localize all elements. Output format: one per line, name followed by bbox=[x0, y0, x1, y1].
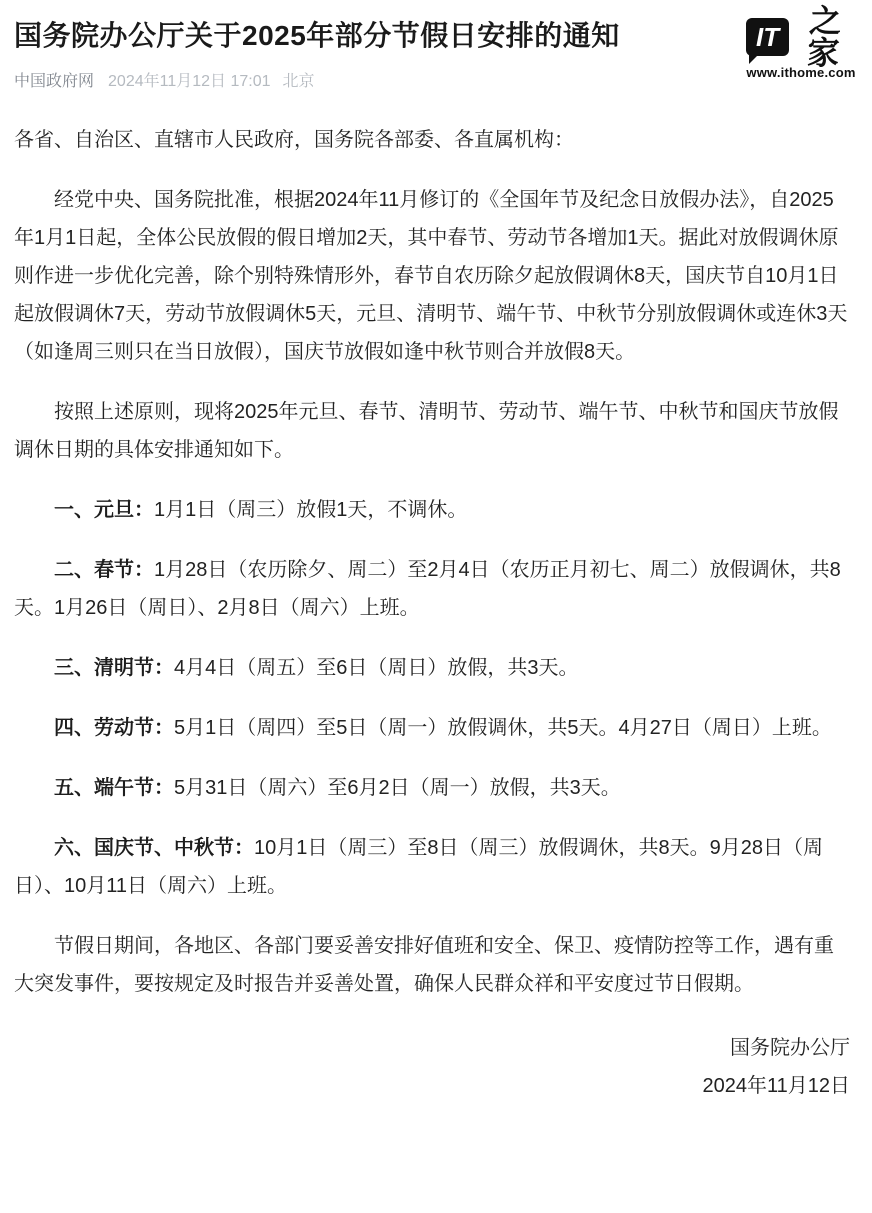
ithome-bubble-icon: IT bbox=[746, 18, 789, 56]
holiday-item-label: 六、国庆节、中秋节： bbox=[54, 837, 254, 859]
holiday-item-label: 四、劳动节： bbox=[54, 717, 174, 739]
source-name: 中国政府网 bbox=[14, 73, 94, 90]
signature-block: 国务院办公厅 2024年11月12日 bbox=[14, 1029, 850, 1105]
holiday-item-label: 五、端午节： bbox=[54, 777, 174, 799]
page-title: 国务院办公厅关于2025年部分节假日安排的通知 bbox=[14, 18, 854, 53]
article-page: 国务院办公厅关于2025年部分节假日安排的通知 中国政府网2024年11月12日… bbox=[0, 0, 872, 1213]
ithome-logo: IT 之家 www.ithome.com bbox=[746, 16, 856, 80]
holiday-item-label: 三、清明节： bbox=[54, 657, 174, 679]
holiday-item-text: 1月1日（周三）放假1天，不调休。 bbox=[154, 499, 467, 521]
signature-date: 2024年11月12日 bbox=[14, 1067, 850, 1105]
holiday-item-labor-day: 四、劳动节：5月1日（周四）至5日（周一）放假调休，共5天。4月27日（周日）上… bbox=[14, 709, 850, 747]
holiday-item-spring-festival: 二、春节：1月28日（农历除夕、周二）至2月4日（农历正月初七、周二）放假调休，… bbox=[14, 551, 850, 627]
holiday-item-qingming: 三、清明节：4月4日（周五）至6日（周日）放假，共3天。 bbox=[14, 649, 850, 687]
holiday-item-dragon-boat: 五、端午节：5月31日（周六）至6月2日（周一）放假，共3天。 bbox=[14, 769, 850, 807]
ithome-logo-text: 之家 bbox=[791, 5, 858, 69]
notice-body: 各省、自治区、直辖市人民政府，国务院各部委、各直属机构： 经党中央、国务院批准，… bbox=[14, 121, 854, 1105]
signature-org: 国务院办公厅 bbox=[14, 1029, 850, 1067]
holiday-item-new-year: 一、元旦：1月1日（周三）放假1天，不调休。 bbox=[14, 491, 850, 529]
intro-paragraph: 经党中央、国务院批准，根据2024年11月修订的《全国年节及纪念日放假办法》，自… bbox=[14, 181, 850, 371]
ithome-logo-mark: IT 之家 bbox=[746, 16, 856, 58]
publish-location: 北京 bbox=[283, 73, 315, 90]
holiday-item-label: 一、元旦： bbox=[54, 499, 154, 521]
closing-paragraph: 节假日期间，各地区、各部门要妥善安排好值班和安全、保卫、疫情防控等工作，遇有重大… bbox=[14, 927, 850, 1003]
publish-datetime: 2024年11月12日 17:01 bbox=[108, 73, 271, 90]
salutation: 各省、自治区、直辖市人民政府，国务院各部委、各直属机构： bbox=[14, 121, 850, 159]
holiday-item-label: 二、春节： bbox=[54, 559, 154, 581]
holiday-item-text: 5月31日（周六）至6月2日（周一）放假，共3天。 bbox=[174, 777, 621, 799]
holiday-item-text: 5月1日（周四）至5日（周一）放假调休，共5天。4月27日（周日）上班。 bbox=[174, 717, 832, 739]
holiday-item-text: 4月4日（周五）至6日（周日）放假，共3天。 bbox=[174, 657, 579, 679]
holiday-item-national-day: 六、国庆节、中秋节：10月1日（周三）至8日（周三）放假调休，共8天。9月28日… bbox=[14, 829, 850, 905]
article-meta: 中国政府网2024年11月12日 17:01北京 bbox=[14, 68, 854, 91]
principle-paragraph: 按照上述原则，现将2025年元旦、春节、清明节、劳动节、端午节、中秋节和国庆节放… bbox=[14, 393, 850, 469]
